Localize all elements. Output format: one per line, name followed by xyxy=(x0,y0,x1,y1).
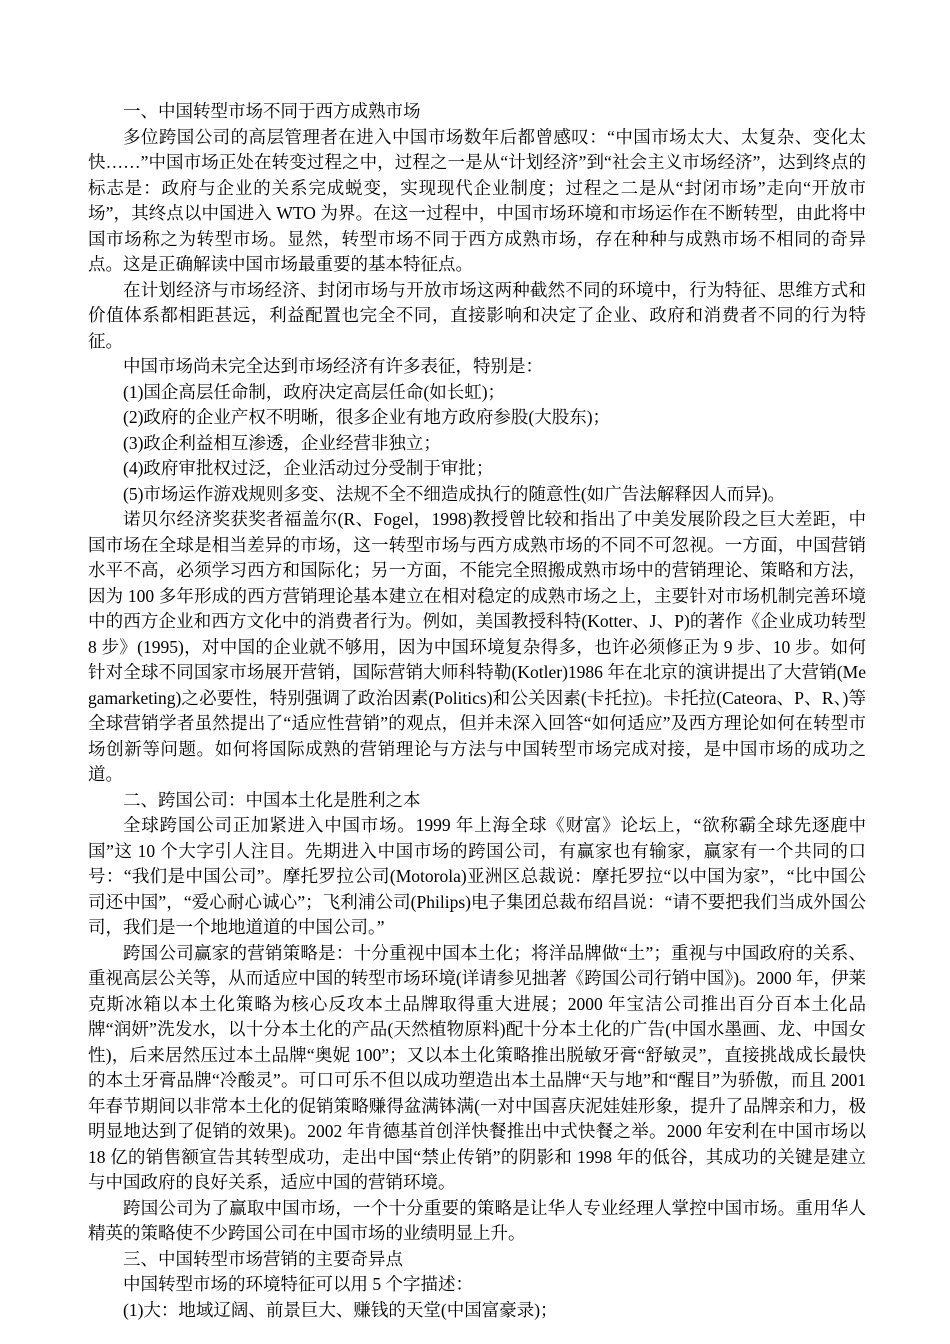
body: 中国转型市场的环境特征可以用 5 个字描述： xyxy=(88,1272,866,1298)
body: 在计划经济与市场经济、封闭市场与开放市场这两种截然不同的环境中，行为特征、思维方… xyxy=(88,278,866,355)
list-item: (1)国企高层任命制，政府决定高层任命(如长虹)； xyxy=(88,380,866,406)
list-item: (5)市场运作游戏规则多变、法规不全不细造成执行的随意性(如广告法解释因人而异)… xyxy=(88,482,866,508)
list-item: (1)大：地域辽阔、前景巨大、赚钱的天堂(中国富豪录)； xyxy=(88,1298,866,1324)
document-page: 一、中国转型市场不同于西方成熟市场多位跨国公司的高层管理者在进入中国市场数年后都… xyxy=(0,0,950,1344)
body: 跨国公司为了赢取中国市场，一个十分重要的策略是让华人专业经理人掌控中国市场。重用… xyxy=(88,1196,866,1247)
body: 中国市场尚未完全达到市场经济有许多表征，特别是： xyxy=(88,354,866,380)
list-item: (4)政府审批权过泛，企业活动过分受制于审批； xyxy=(88,456,866,482)
document-content: 一、中国转型市场不同于西方成熟市场多位跨国公司的高层管理者在进入中国市场数年后都… xyxy=(88,99,866,1323)
body: 诺贝尔经济奖获奖者福盖尔(R、Fogel，1998)教授曾比较和指出了中美发展阶… xyxy=(88,507,866,788)
body: 跨国公司赢家的营销策略是：十分重视中国本土化；将洋品牌做“土”；重视与中国政府的… xyxy=(88,941,866,1196)
body: 多位跨国公司的高层管理者在进入中国市场数年后都曾感叹：“中国市场太大、太复杂、变… xyxy=(88,125,866,278)
section-heading: 一、中国转型市场不同于西方成熟市场 xyxy=(88,99,866,125)
body: 全球跨国公司正加紧进入中国市场。1999 年上海全球《财富》论坛上，“欲称霸全球… xyxy=(88,813,866,941)
list-item: (2)政府的企业产权不明晰，很多企业有地方政府参股(大股东)； xyxy=(88,405,866,431)
list-item: (3)政企利益相互渗透，企业经营非独立； xyxy=(88,431,866,457)
section-heading: 三、中国转型市场营销的主要奇异点 xyxy=(88,1247,866,1273)
section-heading: 二、跨国公司：中国本土化是胜利之本 xyxy=(88,788,866,814)
